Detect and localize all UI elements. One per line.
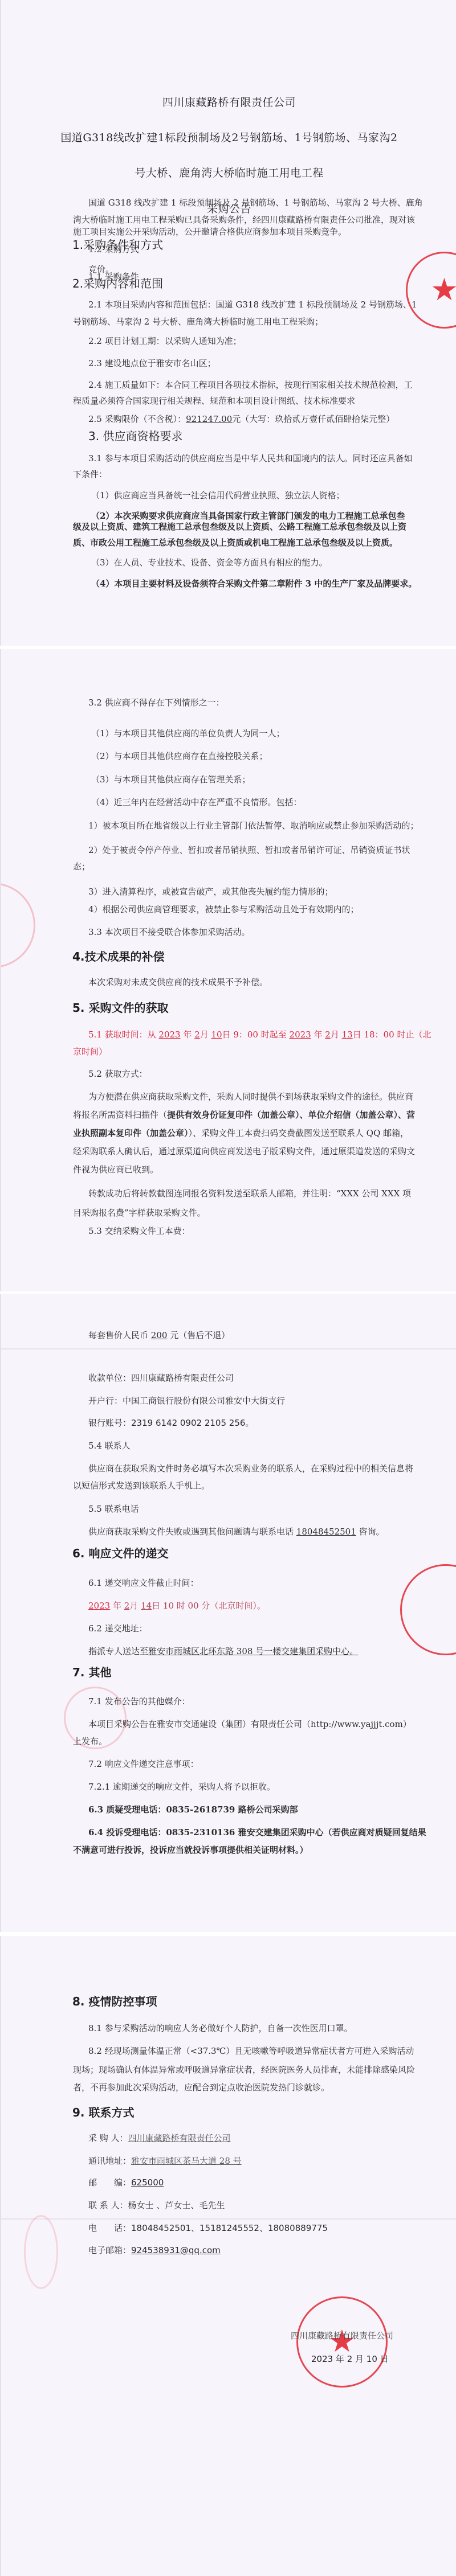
partial-seal-stamp-left xyxy=(0,883,35,968)
page-1: 四川康藏路桥有限责任公司 国道G318线改扩建1标段预制场及2号钢筋场、1号钢筋… xyxy=(0,0,456,646)
price-limit-words: 元（大写：玖拾贰万壹仟贰佰肆拾柒元整） xyxy=(232,414,394,424)
section-3-3: 3.3 本次项目不接受联合体参加采购活动。 xyxy=(88,926,250,938)
exclusion-4: （4）近三年内在经营活动中存在严重不良情形。包括： xyxy=(91,797,302,808)
section-6-2-label: 6.2 递交地址： xyxy=(88,1623,148,1634)
signature-company: 四川康藏路桥有限责任公司 xyxy=(291,2330,393,2341)
exclusion-4-2-line-1: 2）处于被责令停产停业、暂扣或者吊销执照、暂扣或者吊销许可证、吊销资质证书状 xyxy=(88,844,410,856)
postcode-value: 625000 xyxy=(131,2177,164,2188)
section-1-1-text-1: 国道 G318 线改扩建 1 标段预制场及 2 号钢筋场、1 号钢筋场、马家沟 … xyxy=(88,197,423,208)
contact-label: 联 系 人： xyxy=(88,2200,128,2210)
section-2-4-line-2: 程质量必须符合国家现行相关规程、规范和本项目设计图纸、技术标准要求 xyxy=(73,395,355,407)
section-5-2-text-2: 将报名所需资料扫描件（提供有效身份证复印件（加盖公章）、单位介绍信（加盖公章）、… xyxy=(73,1109,415,1121)
section-5-4-text-2: 以短信形式发送到该联系人手机上。 xyxy=(73,1480,210,1491)
project-title-line-1: 国道G318线改扩建1标段预制场及2号钢筋场、1号钢筋场、马家沟2 xyxy=(1,132,456,143)
postcode-row: 邮 编：625000 xyxy=(88,2177,164,2188)
section-7-heading: 7. 其他 xyxy=(72,1667,111,1678)
fetch-end-year: 2023 xyxy=(290,1029,311,1040)
contact-row: 联 系 人：杨女士 、芦女士、毛先生 xyxy=(88,2200,225,2211)
section-5-5-text: 供应商获取采购文件失败或遇到其他问题请与联系电话 18048452501 咨询。 xyxy=(88,1526,385,1537)
section-3-heading: 3. 供应商资格要求 xyxy=(88,430,182,442)
submission-address: 指派专人送达至雅安市雨城区北环东路 308 号一楼交建集团采购中心。 xyxy=(88,1646,358,1657)
faint-seal-stamp-left xyxy=(24,2215,58,2289)
section-5-2-text-3: 业执照副本复印件（加盖公章））、采购文件工本费扫码交费截图发送至联系人 QQ 邮… xyxy=(73,1127,409,1139)
section-1-2-label: 1.2 采购方式 xyxy=(88,244,139,255)
contact-phone-suffix: 咨询。 xyxy=(356,1527,385,1537)
section-2-2: 2.2 项目计划工期：以采购人通知为准； xyxy=(88,335,242,347)
transfer-note-2: 目采购报名费”字样获取采购文件。 xyxy=(73,1207,206,1219)
section-2-5: 2.5 采购限价（不含税）：921247.00元（大写：玖拾贰万壹仟贰佰肆拾柒元… xyxy=(88,413,394,425)
section-5-4-label: 5.4 联系人 xyxy=(88,1440,131,1451)
fold-crease xyxy=(1,2218,456,2220)
payee-value: 四川康藏路桥有限责任公司 xyxy=(131,1373,234,1383)
section-6-1-label: 6.1 递交响应文件截止时间： xyxy=(88,1577,199,1589)
section-2-4-line-1: 2.4 施工质量如下：本合同工程项目各项技术指标，按现行国家相关技术规范检测，工 xyxy=(88,379,413,391)
contact-phone-prefix: 供应商获取采购文件失败或遇到其他问题请与联系电话 xyxy=(88,1527,296,1537)
exclusion-4-4: 4）根据公司供应商管理要求，被禁止参与采购活动且处于有效期内的； xyxy=(88,904,359,915)
company-seal-stamp: ★ xyxy=(406,252,456,329)
section-5-1-line-2: 京时间） xyxy=(73,1046,107,1057)
exclusion-3: （3）与本项目其他供应商存在管理关系； xyxy=(91,774,251,785)
section-3-1-line-1: 3.1 参与本项目采购活动的供应商应当是中华人民共和国境内的法人。同时还应具备如 xyxy=(88,453,413,464)
bank: 开户行：中国工商银行股份有限公司雅安中大街支行 xyxy=(88,1395,285,1406)
phone-value: 18048452501、15181245552、18080889775 xyxy=(131,2223,328,2233)
project-title-line-2: 号大桥、鹿角湾大桥临时施工用电工程 xyxy=(1,167,456,179)
doc-price-note: 元（售后不退） xyxy=(167,1330,230,1340)
qualification-2-line-3: 质、市政公用工程施工总承包叁级及以上资质或机电工程施工总承包叁级及以上资质。 xyxy=(73,537,398,548)
section-7-1-text-1: 本项目采购公告在雅安市交通建设（集团）有限责任公司（http://www.yaj… xyxy=(88,1718,412,1730)
deadline-month: 2 xyxy=(124,1601,130,1611)
fold-crease xyxy=(1,1348,456,1349)
section-9-heading: 9. 联系方式 xyxy=(72,2107,134,2118)
objection-phone: 6.3 质疑受理电话：0835-2618739 路桥公司采购部 xyxy=(88,1804,298,1815)
company-seal-stamp-right xyxy=(400,1564,456,1655)
contact-value: 杨女士 、芦女士、毛先生 xyxy=(128,2200,225,2210)
email-value[interactable]: 924538931@qq.com xyxy=(131,2245,221,2255)
bank-account: 银行账号：2319 6142 0902 2105 256。 xyxy=(88,1417,254,1429)
fetch-start-month: 2 xyxy=(194,1029,200,1040)
phone-row: 电 话：18048452501、15181245552、18080889775 xyxy=(88,2222,328,2234)
deadline-day: 14 xyxy=(141,1601,152,1611)
signature-date: 2023 年 2 月 10 日 xyxy=(311,2353,389,2365)
section-5-2-text-4: 经采购联系人确认后，通过原渠道向供应商发送电子版采购文件，通过原渠道发送的采购文 xyxy=(73,1146,415,1157)
fetch-start-time: 9：00 xyxy=(233,1029,258,1040)
fetch-start-year: 2023 xyxy=(158,1029,180,1040)
section-5-5-label: 5.5 联系电话 xyxy=(88,1503,139,1515)
phone-label: 电 话： xyxy=(88,2223,131,2233)
address-label: 通讯地址： xyxy=(88,2156,131,2166)
section-8-1: 8.1 参与采购活动的响应人务必做好个人防护，自备一次性医用口罩。 xyxy=(88,2023,353,2034)
purchaser-label: 采 购 人： xyxy=(88,2133,128,2143)
section-4-text: 本次采购对未成交供应商的技术成果不予补偿。 xyxy=(88,977,268,988)
section-1-2-text: 竞价。 xyxy=(88,264,114,275)
complaint-phone-2: 不满意可进行投诉，投诉应当就投诉事项提供相关证明材料。） xyxy=(73,1844,308,1856)
section-1-1-text-3: 施工项目实施公开采购活动，公开邀请合格供应商参加本项目采购竞争。 xyxy=(73,226,347,237)
address-value: 雅安市雨城区茶马大道 28 号 xyxy=(131,2156,242,2166)
transfer-note-1: 转款成功后将转款截图连同报名资料发送至联系人邮箱，并注明：“XXX 公司 XXX… xyxy=(88,1188,411,1199)
complaint-phone-1: 6.4 投诉受理电话：0835-2310136 雅安交建集团采购中心（若供应商对… xyxy=(88,1827,426,1838)
section-5-2-text-5: 件视为供应商已收到。 xyxy=(73,1164,158,1175)
section-3-1-line-2: 下条件： xyxy=(73,469,107,480)
doc-price: 每套售价人民币 200 元（售后不退） xyxy=(88,1330,230,1341)
bank-label: 开户行： xyxy=(88,1396,123,1406)
section-5-3-label: 5.3 交纳采购文件工本费： xyxy=(88,1225,190,1237)
account-value: 2319 6142 0902 2105 256。 xyxy=(131,1418,254,1428)
company-seal-stamp-signature: ★ xyxy=(296,2296,388,2388)
section-4-heading: 4.技术成果的补偿 xyxy=(72,951,165,962)
fetch-time-tail: 时止（北 xyxy=(397,1029,431,1040)
deadline-time: 日 10 时 00 分（北京时间）。 xyxy=(152,1601,266,1611)
address-row: 通讯地址：雅安市雨城区茶马大道 28 号 xyxy=(88,2155,242,2167)
section-2-1-line-1: 2.1 本项目采购内容和范围包括：国道 G318 线改扩建 1 标段预制场及 2… xyxy=(88,299,417,310)
qualification-3: （3）在人员、专业技术、设备、资金等方面具有相应的能力。 xyxy=(91,557,328,568)
star-icon: ★ xyxy=(430,274,456,305)
exclusion-4-1: 1）被本项目所在地省级以上行业主管部门依法暂停、取消响应或禁止参加采购活动的； xyxy=(88,820,419,831)
fetch-end-day: 13 xyxy=(342,1029,353,1040)
page-3: 每套售价人民币 200 元（售后不退） 收款单位：四川康藏路桥有限责任公司 开户… xyxy=(0,1294,456,1932)
qualification-1: （1）供应商应当具备统一社会信用代码营业执照、独立法人资格； xyxy=(91,490,345,501)
section-8-2-line-1: 8.2 经现场测量体温正常（<37.3℃）且无咳嗽等呼吸道异常症状者方可进入采购… xyxy=(88,2045,414,2057)
purchaser-value: 四川康藏路桥有限责任公司 xyxy=(128,2133,231,2143)
materials-required-2: 业执照副本复印件（加盖公章） xyxy=(73,1128,189,1138)
section-5-4-text-1: 供应商在获取采购文件时务必填写本次采购业务的联系人，在采购过程中的相关信息将 xyxy=(88,1463,413,1474)
section-8-2-line-3: 者，不再参加此次采购活动，应配合到定点收治医院发热门诊就诊。 xyxy=(73,2082,329,2093)
section-2-1-line-2: 号钢筋场、马家沟 2 号大桥、鹿角湾大桥临时施工用电工程采购； xyxy=(73,316,323,327)
page-2: 3.2 供应商不得存在下列情形之一： （1）与本项目其他供应商的单位负责人为同一… xyxy=(0,649,456,1291)
qualification-4: （4）本项目主要材料及设备须符合采购文件第二章附件 3 中的生产厂家及品牌要求。 xyxy=(91,578,417,589)
fetch-end-month: 2 xyxy=(325,1029,331,1040)
section-1-1-text-2: 湾大桥临时施工用电工程采购已具备采购条件，经四川康藏路桥有限责任公司批准，现对该 xyxy=(73,214,415,225)
purchaser-row: 采 购 人：四川康藏路桥有限责任公司 xyxy=(88,2132,231,2144)
postcode-label: 邮 编： xyxy=(88,2177,131,2188)
section-7-2-label: 7.2 响应文件递交注意事项： xyxy=(88,1758,199,1770)
qualification-2-line-1: （2）本次采购要求供应商应当具备国家行政主管部门颁发的电力工程施工总承包叁 xyxy=(91,510,405,522)
bank-value: 中国工商银行股份有限公司雅安中大街支行 xyxy=(123,1396,285,1406)
payee-label: 收款单位： xyxy=(88,1373,131,1383)
section-7-2-1: 7.2.1 逾期递交的响应文件，采购人将予以拒收。 xyxy=(88,1781,275,1792)
company-title: 四川康藏路桥有限责任公司 xyxy=(1,97,456,108)
doc-price-amount: 200 xyxy=(151,1330,168,1340)
email-row: 电子邮箱：924538931@qq.com xyxy=(88,2245,221,2256)
account-label: 银行账号： xyxy=(88,1418,131,1428)
doc-price-label: 每套售价人民币 xyxy=(88,1330,151,1340)
address-value: 雅安市雨城区北环东路 308 号一楼交建集团采购中心。 xyxy=(148,1646,358,1656)
exclusion-4-2-line-2: 态； xyxy=(73,861,90,872)
contact-phone: 18048452501 xyxy=(296,1527,356,1537)
payee: 收款单位：四川康藏路桥有限责任公司 xyxy=(88,1372,234,1384)
section-5-1-line-1: 5.1 获取时间：从 2023 年 2月 10日 9：00 时起至 2023 年… xyxy=(88,1029,431,1040)
price-limit-label: 2.5 采购限价（不含税）： xyxy=(88,414,186,424)
materials-send: ）、采购文件工本费扫码交费截图发送至联系人 QQ 邮箱， xyxy=(189,1128,409,1138)
section-2-3: 2.3 建设地点位于雅安市名山区； xyxy=(88,358,216,369)
exclusion-4-3: 3）进入清算程序，或被宣告破产，或其他丧失履约能力情形的； xyxy=(88,886,333,897)
section-6-heading: 6. 响应文件的递交 xyxy=(72,1548,168,1559)
fetch-end-time: 18：00 xyxy=(364,1029,394,1040)
section-3-2: 3.2 供应商不得存在下列情形之一： xyxy=(88,697,225,708)
page-4: 8. 疫情防控事项 8.1 参与采购活动的响应人务必做好个人防护，自备一次性医用… xyxy=(0,1936,456,2576)
fetch-start-day: 10 xyxy=(211,1029,222,1040)
section-8-2-line-2: 现场；现场确认有体温异常或呼吸道异常症状者，经医院医务人员排查，未能排除感染风险 xyxy=(73,2064,415,2075)
fetch-time-label: 5.1 获取时间：从 xyxy=(88,1029,158,1040)
qualification-2-line-2: 级及以上资质、建筑工程施工总承包叁级及以上资质、公路工程施工总承包叁级及以上资 xyxy=(73,521,406,532)
exclusion-1: （1）与本项目其他供应商的单位负责人为同一人； xyxy=(91,728,285,739)
section-2-heading: 2.采购内容和范围 xyxy=(72,278,163,289)
faint-seal-stamp xyxy=(64,1687,127,1749)
materials-required-1: 提供有效身份证复印件（加盖公章）、单位介绍信（加盖公章）、营 xyxy=(167,1110,415,1120)
section-5-heading: 5. 采购文件的获取 xyxy=(72,1002,168,1014)
section-5-2-label: 5.2 获取方式： xyxy=(88,1068,148,1080)
submission-deadline: 2023 年 2月 14日 10 时 00 分（北京时间）。 xyxy=(88,1600,266,1611)
materials-intro: 将报名所需资料扫描件（ xyxy=(73,1110,167,1120)
deadline-year: 2023 xyxy=(88,1601,110,1611)
price-limit-amount: 921247.00 xyxy=(186,414,232,424)
section-5-2-text-1: 为方便潜在供应商获取采购文件，采购人同时提供不到场获取采购文件的途径。供应商 xyxy=(88,1091,413,1102)
email-label: 电子邮箱： xyxy=(88,2245,131,2255)
address-prefix: 指派专人送达至 xyxy=(88,1646,148,1656)
exclusion-2: （2）与本项目其他供应商存在直接控股关系； xyxy=(91,750,268,762)
section-8-heading: 8. 疫情防控事项 xyxy=(72,1996,157,2007)
